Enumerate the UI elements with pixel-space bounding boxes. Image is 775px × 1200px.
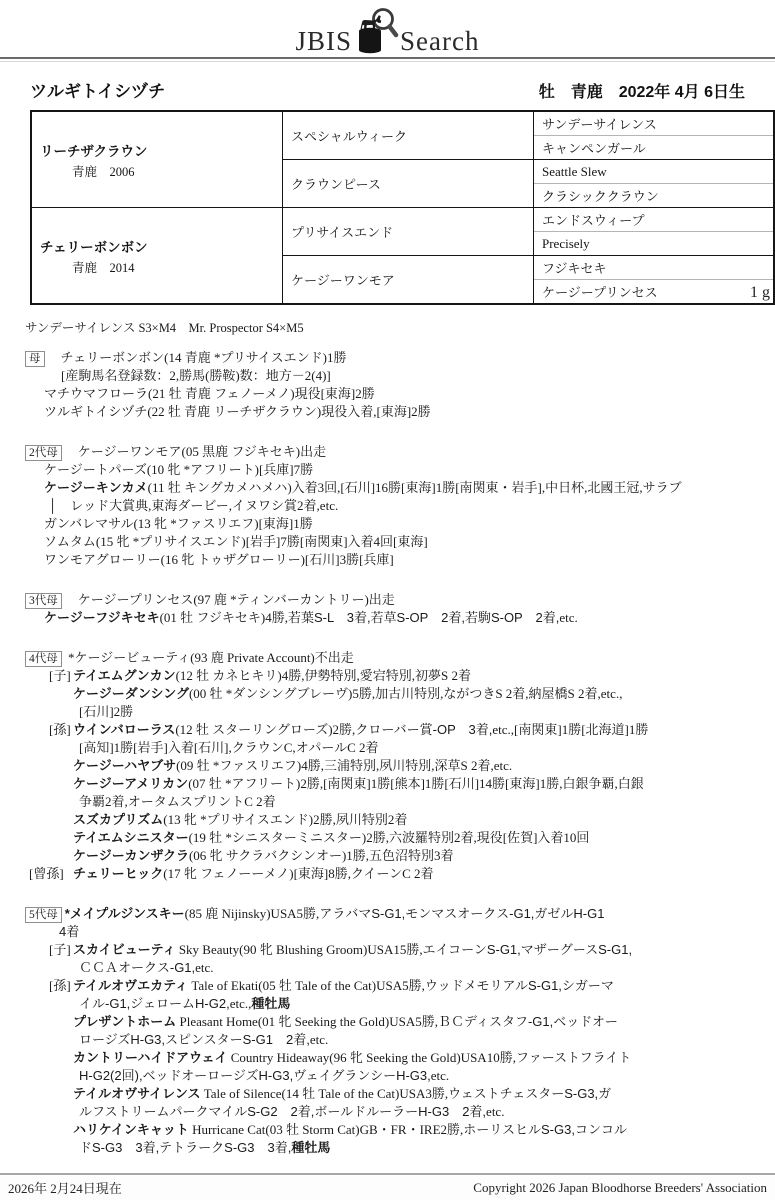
pedigree-text: 4着 [59,924,79,939]
pedigree-sections: 母 チェリーボンボン(14 青鹿 *プリサイスエンド)1勝[産駒馬名登録数：2,… [25,349,775,1157]
pedigree-line: プレザントホーム Pleasant Home(01 牝 Seeking the … [25,1013,775,1031]
pedigree-text: エイコーンS-G1,マザーグースS-G1, [423,942,632,957]
pedigree-line: [石川]2勝 [25,703,775,721]
pedigree-line: ハリケインキャット Hurricane Cat(03 牡 Storm Cat)G… [25,1121,775,1139]
greatgrandparent-cell: キャンペンガール [534,136,775,160]
pedigree-line: ガンバレマサル(13 牝 *ファスリエフ)[東海]1勝 [25,515,775,533]
pedigree-line: ツルギトイシヅチ(22 牡 青鹿 リーチザクラウン)現役入着,[東海]2勝 [25,403,775,421]
dam-detail: 青鹿 2014 [40,258,278,276]
pedigree-text: アラバマS-G1,モンマスオークス-G1,ガゼルH-G1 [319,906,604,921]
grandparent-cell: スペシャルウィーク [283,111,534,160]
pedigree-text: etc.,[南関東]1勝[北海道]1勝 [492,722,648,737]
pedigree-text: etc. [559,610,577,625]
pedigree-text: [孫] [49,977,73,995]
pedigree-text: Sky Beauty(90 牝 Blushing Groom)USA15勝, [176,942,423,957]
logo-text-search: Search [400,28,479,55]
pedigree-text: etc. [195,960,213,975]
horse-name-bold: 種牡馬 [291,1140,330,1155]
footer-copyright: Copyright 2026 Japan Bloodhorse Breeders… [473,1180,767,1196]
generation-label: 2代母 [25,445,62,461]
pedigree-text: (13 牝 *プリサイスエンド)2勝,夙川特別2着 [163,812,407,827]
greatgrandparent-cell: クラシッククラウン [534,184,775,208]
horse-name-bold: カントリーハイドアウェイ [73,1050,227,1065]
jbis-logo-icon [353,7,399,57]
section-4th-dam: 4代母 *ケージービューティ(93 鹿 Private Account)不出走[… [25,649,775,883]
pedigree-text: ケージープリンセス(97 鹿 *ティンバーカントリー)出走 [65,592,395,607]
dam-cell: チェリーボンボン 青鹿 2014 [31,208,283,305]
pedigree-line: ワンモアグローリー(16 牝 トゥザグローリー)[石川]3勝[兵庫] [25,551,775,569]
greatgrandparent-cell: サンデーサイレンス [534,111,775,136]
grandparent-cell: クラウンピース [283,160,534,208]
pedigree-text: Pleasant Home(01 牝 Seeking the Gold)USA5… [176,1014,438,1029]
pedigree-line: ロージズH-G3,スピンスターS-G1 2着,etc. [25,1031,775,1049]
pedigree-line: 争覇2着,オータムスプリントC 2着 [25,793,775,811]
section-2nd-dam: 2代母 ケージーワンモア(05 黒鹿 フジキセキ)出走ケージートパーズ(10 牝… [25,443,775,569]
pedigree-line: [産駒馬名登録数：2,勝馬(勝鞍)数：地方－2(4)] [25,367,775,385]
generation-label: 5代母 [25,907,62,923]
stray-mark: 1 g [750,284,770,302]
pedigree-line: 3代母 ケージープリンセス(97 鹿 *ティンバーカントリー)出走 [25,591,775,609]
header: JBIS Search [0,0,775,57]
pedigree-text: (19 牡 *シニスターミニスター)2勝,六波羅特別2着,現役[佐賀]入着10回 [189,830,590,845]
pedigree-text: Tale of Ekati(05 牡 Tale of the Cat)USA5勝… [188,978,425,993]
horse-name: ツルギトイシヅチ [30,77,165,102]
pedigree-line: H-G2(2回),ベッドオーロージズH-G3,ヴェイグランシーH-G3,etc. [25,1067,775,1085]
pedigree-text: 若葉S-L 3着,若草S-OP 2着,若駒S-OP 2着, [288,610,559,625]
pedigree-line: ケージーハヤブサ(09 牡 *ファスリエフ)4勝,三浦特別,夙川特別,深草S 2… [25,757,775,775]
pedigree-line: スズカプリズム(13 牝 *プリサイスエンド)2勝,夙川特別2着 [25,811,775,829]
pedigree-line: ＣＣＡオークス-G1,etc. [25,959,775,977]
horse-name-bold: *メイプルジンスキー [65,906,185,921]
pedigree-line: ケージーフジキセキ(01 牡 フジキセキ)4勝,若葉S-L 3着,若草S-OP … [25,609,775,627]
pedigree-text: Hurricane Cat(03 牡 Storm Cat)GB・FR・IRE2勝… [189,1122,463,1137]
footer: 2026年 2月24日現在 Copyright 2026 Japan Blood… [0,1173,775,1200]
horse-name-bold: スズカプリズム [73,812,163,827]
pedigree-text: etc. [310,1032,328,1047]
pedigree-line: 4着 [25,923,775,941]
pedigree-line: ケージーキンカメ(11 牡 キングカメハメハ)入着3回,[石川]16勝[東海]1… [25,479,775,497]
pedigree-text: [曾孫] [29,865,73,883]
horse-name-bold: ケージーキンカメ [44,480,148,495]
pedigree-text: (12 牡 スターリングローズ)2勝, [175,722,355,737]
pedigree-text: etc., [230,996,252,1011]
greatgrandparent-cell: エンドスウィープ [534,208,775,232]
pedigree-line: 4代母 *ケージービューティ(93 鹿 Private Account)不出走 [25,649,775,667]
pedigree-text: (07 牡 *アフリート)2勝,[南関東]1勝[熊本]1勝[石川]14勝[東海]… [188,776,644,791]
horse-name-bold: チェリーヒック [73,866,163,881]
pedigree-text: (09 牡 *ファスリエフ)4勝,三浦特別,夙川特別,深草S 2着,etc. [176,758,512,773]
pedigree-text: マチウマフローラ(21 牡 青鹿 フェノーメノ)現役[東海]2勝 [44,386,375,401]
pedigree-line: [子]スカイビューティ Sky Beauty(90 牝 Blushing Gro… [25,941,775,959]
grandparent-cell: プリサイスエンド [283,208,534,256]
pedigree-text: イル-G1,ジェロームH-G2, [79,996,230,1011]
pedigree-text: *ケージービューティ(93 鹿 Private Account)不出走 [65,650,354,665]
pedigree-text: [石川]2勝 [79,704,133,719]
sire-detail: 青鹿 2006 [40,162,278,180]
pedigree-text: Country Hideaway(96 牝 Seeking the Gold)U… [227,1050,516,1065]
horse-name-bold: テイルオヴエカティ [73,978,188,993]
horse-name-bold: テイエムシニスター [73,830,189,845]
pedigree-text: etc. [486,1104,504,1119]
pedigree-text: ガンバレマサル(13 牝 *ファスリエフ)[東海]1勝 [44,516,313,531]
section-5th-dam: 5代母*メイプルジンスキー(85 鹿 Nijinsky)USA5勝,アラバマS-… [25,905,775,1157]
pedigree-text: ウェストチェスターS-G3,ガ [448,1086,611,1101]
pedigree-line: [高知]1勝[岩手]入着[石川],クラウンC,オパールC 2着 [25,739,775,757]
pedigree-line: ソムタム(15 牝 *プリサイスエンド)[岩手]7勝[南関東]入着4回[東海] [25,533,775,551]
pedigree-line: 母 チェリーボンボン(14 青鹿 *プリサイスエンド)1勝 [25,349,775,367]
pedigree-text: ＣＣＡオークス-G1, [79,960,195,975]
pedigree-text: (06 牝 サクラバクシンオー)1勝,五色沼特別3着 [189,848,454,863]
pedigree-text: ケージートパーズ(10 牝 *アフリート)[兵庫]7勝 [44,462,313,477]
horse-birth-info: 牡 青鹿 2022年 4月 6日生 [539,79,745,102]
greatgrandparent-cell: Seattle Slew [534,160,775,184]
logo-text-jbis: JBIS [296,28,353,55]
generation-label: 4代母 [25,651,62,667]
section-dam: 母 チェリーボンボン(14 青鹿 *プリサイスエンド)1勝[産駒馬名登録数：2,… [25,349,775,421]
pedigree-line: カントリーハイドアウェイ Country Hideaway(96 牝 Seeki… [25,1049,775,1067]
pedigree-text: etc. [431,1068,449,1083]
pedigree-line: テイルオヴサイレンス Tale of Silence(14 牡 Tale of … [25,1085,775,1103]
pedigree-line: テイエムシニスター(19 牡 *シニスターミニスター)2勝,六波羅特別2着,現役… [25,829,775,847]
pedigree-line: ルフストリームパークマイルS-G2 2着,ボールドルーラーH-G3 2着,etc… [25,1103,775,1121]
horse-name-bold: ケージーアメリカン [73,776,188,791]
pedigree-text: (12 牡 カネヒキリ)4勝,伊勢特別,愛宕特別,初夢S 2着 [176,668,471,683]
pedigree-text: [産駒馬名登録数：2,勝馬(勝鞍)数：地方－2(4)] [61,368,331,383]
jbis-logo: JBIS Search [296,7,480,55]
generation-label: 母 [25,351,45,367]
pedigree-line: ドS-G3 3着,テトラークS-G3 3着,種牡馬 [25,1139,775,1157]
footer-date: 2026年 2月24日現在 [8,1178,122,1197]
horse-name-bold: スカイビューティ [73,942,176,957]
pedigree-text: ロージズH-G3,スピンスターS-G1 2着, [79,1032,310,1047]
pedigree-text: ルフストリームパークマイルS-G2 2着,ボールドルーラーH-G3 2着, [79,1104,486,1119]
horse-name-bold: ハリケインキャット [73,1122,189,1137]
pedigree-line: ケージーカンザクラ(06 牝 サクラバクシンオー)1勝,五色沼特別3着 [25,847,775,865]
greatgrandparent-cell: ケージープリンセス 1 g [534,280,775,305]
pedigree-text: ウッドメモリアルS-G1,シガーマ [425,978,614,993]
pedigree-line: ケージーダンシング(00 牡 *ダンシングブレーヴ)5勝,加古川特別,ながつきS… [25,685,775,703]
pedigree-text: (01 牡 フジキセキ)4勝, [160,610,288,625]
pedigree-line: マチウマフローラ(21 牡 青鹿 フェノーメノ)現役[東海]2勝 [25,385,775,403]
pedigree-text: ツルギトイシヅチ(22 牡 青鹿 リーチザクラウン)現役入着,[東海]2勝 [44,404,431,419]
pedigree-text: (85 鹿 Nijinsky)USA5勝, [185,906,320,921]
pedigree-text: [高知]1勝[岩手]入着[石川],クラウンC,オパールC 2着 [79,740,379,755]
pedigree-line: イル-G1,ジェロームH-G2,etc.,種牡馬 [25,995,775,1013]
horse-name-bold: プレザントホーム [73,1014,176,1029]
pedigree-line: 5代母*メイプルジンスキー(85 鹿 Nijinsky)USA5勝,アラバマS-… [25,905,775,923]
dam-name: チェリーボンボン [40,236,278,256]
pedigree-text: ワンモアグローリー(16 牝 トゥザグローリー)[石川]3勝[兵庫] [44,552,394,567]
pedigree-text: ケージーワンモア(05 黒鹿 フジキセキ)出走 [65,444,326,459]
pedigree-text: ドS-G3 3着,テトラークS-G3 3着, [79,1140,291,1155]
horse-name-bold: 種牡馬 [251,996,290,1011]
pedigree-line: 2代母 ケージーワンモア(05 黒鹿 フジキセキ)出走 [25,443,775,461]
horse-name-bold: ウインバローラス [73,722,175,737]
pedigree-text: (00 牡 *ダンシングブレーヴ)5勝,加古川特別,ながつきS 2着,納屋橋S … [189,686,622,701]
pedigree-text: ＢＣディスタフ-G1,ベッドオー [438,1014,618,1029]
greatgrandparent-name: ケージープリンセス [542,285,658,300]
pedigree-text: │ レッド大賞典,東海ダービー,イヌワシ賞2着,etc. [48,498,338,513]
inbreeding-line: サンデーサイレンス S3×M4 Mr. Prospector S4×M5 [25,318,775,336]
horse-name-bold: ケージーフジキセキ [44,610,160,625]
horse-name-bold: ケージーハヤブサ [73,758,176,773]
sire-cell: リーチザクラウン 青鹿 2006 [31,111,283,208]
pedigree-line: [子]テイエムグンカン(12 牡 カネヒキリ)4勝,伊勢特別,愛宕特別,初夢S … [25,667,775,685]
pedigree-line: ケージートパーズ(10 牝 *アフリート)[兵庫]7勝 [25,461,775,479]
pedigree-line: [孫]テイルオヴエカティ Tale of Ekati(05 牡 Tale of … [25,977,775,995]
grandparent-cell: ケージーワンモア [283,256,534,305]
greatgrandparent-cell: Precisely [534,232,775,256]
pedigree-text: [孫] [49,721,73,739]
pedigree-table: リーチザクラウン 青鹿 2006 スペシャルウィーク サンデーサイレンス キャン… [30,110,775,305]
pedigree-text: [子] [49,667,73,685]
pedigree-report-page: JBIS Search ツルギトイシヅチ 牡 青鹿 2022年 4月 6日生 リ… [0,0,775,1200]
pedigree-text: チェリーボンボン(14 青鹿 *プリサイスエンド)1勝 [48,350,347,365]
horse-name-bold: テイエムグンカン [73,668,176,683]
pedigree-text: 争覇2着,オータムスプリントC 2着 [79,794,276,809]
pedigree-text: (11 牡 キングカメハメハ)入着3回,[石川]16勝[東海]1勝[南関東・岩手… [148,480,682,495]
pedigree-text: Tale of Silence(14 牡 Tale of the Cat)USA… [200,1086,448,1101]
sire-name: リーチザクラウン [40,140,278,160]
pedigree-text: (17 牝 フェノーーメノ)[東海]8勝,クイーンC 2着 [163,866,433,881]
header-divider [0,57,775,62]
pedigree-text: ファーストフライト [516,1050,631,1065]
pedigree-text: クローバー賞-OP 3着, [355,722,492,737]
horse-name-bold: テイルオヴサイレンス [73,1086,200,1101]
pedigree-line: [孫]ウインバローラス(12 牡 スターリングローズ)2勝,クローバー賞-OP … [25,721,775,739]
pedigree-text: ホーリスヒルS-G3,コンコル [463,1122,627,1137]
horse-name-bold: ケージーダンシング [73,686,189,701]
generation-label: 3代母 [25,593,62,609]
pedigree-text: ソムタム(15 牝 *プリサイスエンド)[岩手]7勝[南関東]入着4回[東海] [44,534,428,549]
horse-name-bold: ケージーカンザクラ [73,848,189,863]
greatgrandparent-cell: フジキセキ [534,256,775,280]
title-row: ツルギトイシヅチ 牡 青鹿 2022年 4月 6日生 [30,77,745,102]
pedigree-line: [曾孫]チェリーヒック(17 牝 フェノーーメノ)[東海]8勝,クイーンC 2着 [25,865,775,883]
pedigree-line: ケージーアメリカン(07 牡 *アフリート)2勝,[南関東]1勝[熊本]1勝[石… [25,775,775,793]
pedigree-line: │ レッド大賞典,東海ダービー,イヌワシ賞2着,etc. [25,497,775,515]
pedigree-text: [子] [49,941,73,959]
pedigree-text: H-G2(2回),ベッドオーロージズH-G3,ヴェイグランシーH-G3, [79,1068,431,1083]
section-3rd-dam: 3代母 ケージープリンセス(97 鹿 *ティンバーカントリー)出走ケージーフジキ… [25,591,775,627]
